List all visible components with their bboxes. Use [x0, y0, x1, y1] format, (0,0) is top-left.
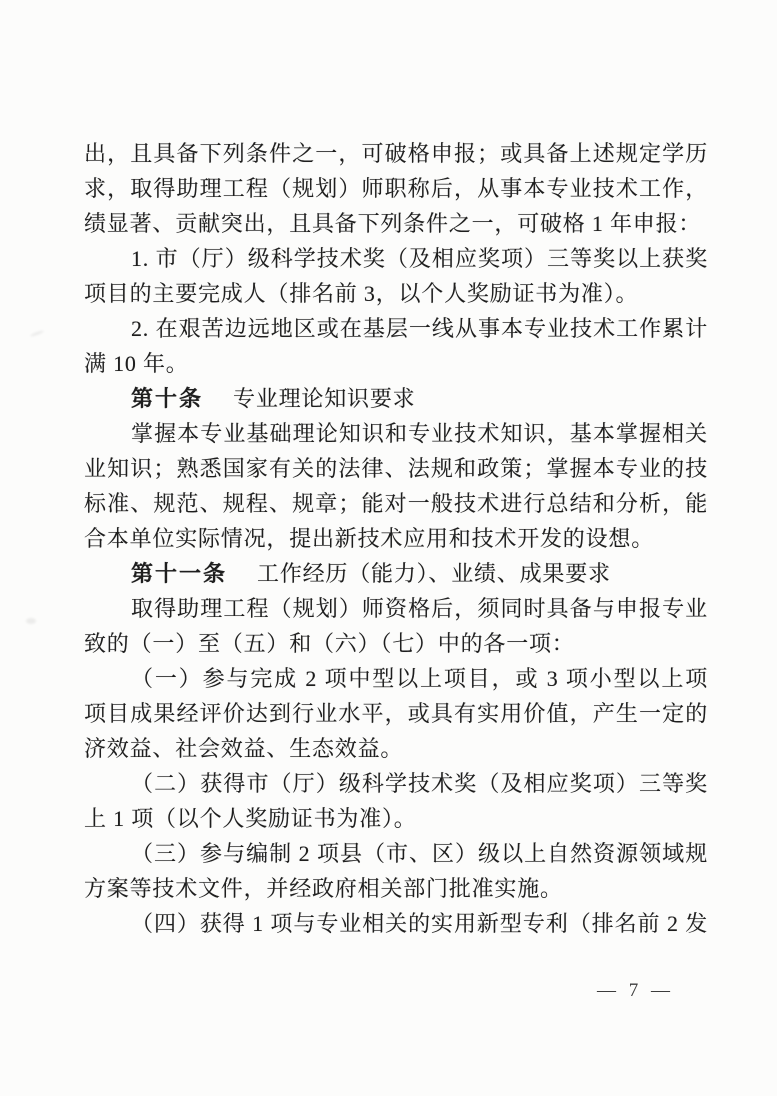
text-line: 业知识；熟悉国家有关的法律、法规和政策；掌握本专业的技术 [84, 451, 708, 486]
text-line: 项目的主要完成人（排名前 3，以个人奖励证书为准）。 [84, 276, 708, 311]
text-line: 掌握本专业基础理论知识和专业技术知识，基本掌握相关专 [84, 416, 708, 451]
text-line: 合本单位实际情况，提出新技术应用和技术开发的设想。 [84, 521, 708, 556]
text-line: 济效益、社会效益、生态效益。 [84, 731, 708, 766]
document-lines: 出，且具备下列条件之一，可破格申报；或具备上述规定学历要求，取得助理工程（规划）… [84, 136, 708, 941]
text-line: 方案等技术文件，并经政府相关部门批准实施。 [84, 871, 708, 906]
text-line: （一）参与完成 2 项中型以上项目，或 3 项小型以上项目。 [84, 661, 708, 696]
text-line: 1. 市（厅）级科学技术奖（及相应奖项）三等奖以上获奖 [84, 241, 708, 276]
heading-article-number: 第十一条 [131, 561, 227, 586]
text-line: （二）获得市（厅）级科学技术奖（及相应奖项）三等奖以 [84, 766, 708, 801]
text-line: 上 1 项（以个人奖励证书为准）。 [84, 801, 708, 836]
heading-title-text: 专业理论知识要求 [233, 386, 415, 411]
text-line: 致的（一）至（五）和（六）（七）中的各一项： [84, 626, 708, 661]
heading-line: 第十一条工作经历（能力）、业绩、成果要求 [84, 556, 708, 591]
text-line: 满 10 年。 [84, 346, 708, 381]
text-line: （三）参与编制 2 项县（市、区）级以上自然资源领域规划、 [84, 836, 708, 871]
scan-artifact [26, 618, 36, 624]
heading-article-number: 第十条 [131, 386, 203, 411]
heading-line: 第十条专业理论知识要求 [84, 381, 708, 416]
scan-artifact [30, 330, 44, 338]
text-line: 项目成果经评价达到行业水平，或具有实用价值，产生一定的经 [84, 696, 708, 731]
text-line: 出，且具备下列条件之一，可破格申报；或具备上述规定学历要 [84, 136, 708, 171]
text-line: 2. 在艰苦边远地区或在基层一线从事本专业技术工作累计 [84, 311, 708, 346]
heading-title-text: 工作经历（能力）、业绩、成果要求 [257, 561, 611, 586]
document-page: 出，且具备下列条件之一，可破格申报；或具备上述规定学历要求，取得助理工程（规划）… [0, 0, 777, 1096]
page-number: — 7 — [597, 980, 674, 1002]
text-line: 求，取得助理工程（规划）师职称后，从事本专业技术工作，成 [84, 171, 708, 206]
text-line: 绩显著、贡献突出，且具备下列条件之一，可破格 1 年申报： [84, 206, 708, 241]
text-line: （四）获得 1 项与专业相关的实用新型专利（排名前 2 发明 [84, 906, 708, 941]
page-number-text: — 7 — [597, 980, 674, 1001]
text-line: 取得助理工程（规划）师资格后，须同时具备与申报专业一 [84, 591, 708, 626]
text-line: 标准、规范、规程、规章；能对一般技术进行总结和分析，能结 [84, 486, 708, 521]
